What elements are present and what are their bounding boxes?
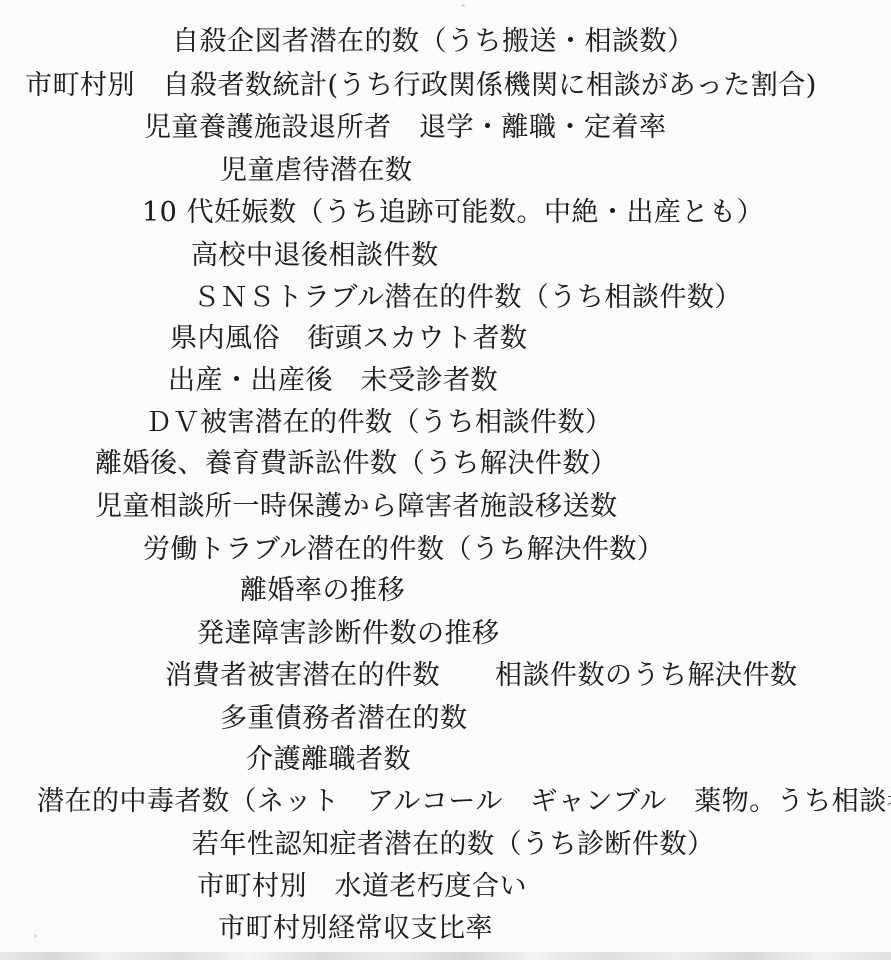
list-item: 市町村別 自殺者数統計(うち行政関係機関に相談があった割合) bbox=[25, 65, 817, 107]
list-item: 発達障害診断件数の推移 bbox=[197, 613, 500, 655]
list-item: 若年性認知症者潜在的数（うち診断件数） bbox=[192, 824, 715, 866]
list-item: 潜在的中毒者数（ネット アルコール ギャンブル 薬物。うち相談者数） bbox=[37, 781, 891, 823]
scanned-document-page: 自殺企図者潜在的数（うち搬送・相談数） 市町村別 自殺者数統計(うち行政関係機関… bbox=[0, 0, 891, 960]
list-item: 児童養護施設退所者 退学・離職・定着率 bbox=[144, 107, 667, 149]
list-item: 10 代妊娠数（うち追跡可能数。中絶・出産とも） bbox=[142, 192, 764, 234]
list-item: 児童相談所一時保護から障害者施設移送数 bbox=[95, 486, 618, 528]
list-item: 労働トラブル潜在的件数（うち解決件数） bbox=[143, 529, 664, 571]
list-item: 介護離職者数 bbox=[246, 739, 411, 781]
list-item: 多重債務者潜在的数 bbox=[220, 698, 468, 740]
scan-artifact-speck bbox=[34, 934, 37, 938]
scan-noise-strip bbox=[0, 952, 891, 960]
list-item: 県内風俗 街頭スカウト者数 bbox=[170, 318, 528, 360]
list-item: 自殺企図者潜在的数（うち搬送・相談数） bbox=[172, 21, 695, 63]
list-item: 児童虐待潜在数 bbox=[220, 150, 413, 192]
scan-artifact-speck bbox=[461, 4, 465, 7]
list-item: 離婚率の推移 bbox=[240, 570, 405, 612]
list-item: ＤＶ被害潜在的件数（うち相談件数） bbox=[145, 402, 613, 444]
list-item: 市町村別経常収支比率 bbox=[218, 908, 493, 950]
list-item: 高校中退後相談件数 bbox=[191, 235, 439, 277]
list-item: 消費者被害潜在的件数 相談件数のうち解決件数 bbox=[165, 655, 798, 697]
list-item: 出産・出産後 未受診者数 bbox=[168, 360, 498, 402]
list-item: 離婚後、養育費訴訟件数（うち解決件数） bbox=[95, 443, 618, 485]
list-item: 市町村別 水道老朽度合い bbox=[197, 866, 527, 908]
list-item: ＳＮＳトラブル潜在的件数（うち相談件数） bbox=[193, 277, 742, 319]
